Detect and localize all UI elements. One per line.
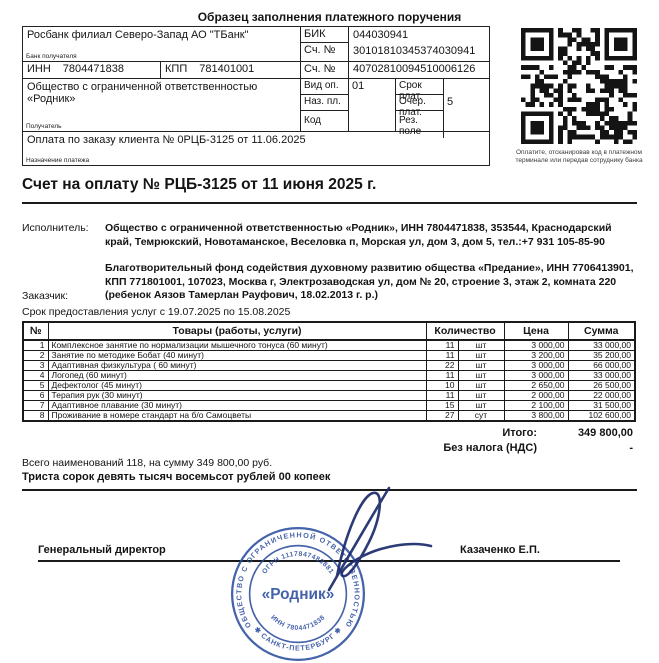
col-price: Цена [504,322,568,340]
customer-value: Благотворительный фонд содействия духовн… [105,262,640,303]
table-row: 4Логопед (60 минут)11шт3 000,0033 000,00 [23,371,635,381]
customer-label: Заказчик: [22,290,105,303]
svg-text:ИНН 7804471838: ИНН 7804471838 [269,614,327,632]
sample-section-title: Образец заполнения платежного поручения [0,10,659,24]
vid-op-label: Вид оп. [301,79,349,95]
kpp-value: 781401001 [199,63,254,75]
invoice-title: Счет на оплату № РЦБ-3125 от 11 июня 202… [22,176,376,194]
items-summary: Всего наименований 118, на сумму 349 800… [22,457,272,469]
col-name: Товары (работы, услуги) [48,322,426,340]
account-label: Сч. № [301,62,349,78]
vat-label: Без налога (НДС) [443,441,537,456]
service-period: Срок предоставления услуг с 19.07.2025 п… [22,306,290,318]
title-rule [22,202,637,204]
col-qty: Количество [426,322,504,340]
inn-cell: ИНН7804471838 [23,62,161,78]
customer-row: Заказчик: Благотворительный фонд содейст… [22,262,640,303]
table-row: 6Терапия рук (30 минут)11шт2 000,0022 00… [23,391,635,401]
services-header-row: № Товары (работы, услуги) Количество Цен… [23,322,635,340]
signature [285,480,460,598]
director-title: Генеральный директор [38,544,166,556]
bank-label: Банк получателя [26,53,77,60]
srok-plat-label: Срок плат. [396,79,444,95]
table-row: 3Адаптивная физкультура ( 60 минут)22шт3… [23,361,635,371]
table-row: 2Занятие по методике Бобат (40 минут)11ш… [23,351,635,361]
total-value: 349 800,00 [537,426,633,441]
table-row: 7Адаптивное плавание (30 минут)15шт2 100… [23,401,635,411]
bik-label: БИК [301,27,348,43]
table-row: 1Комплексное занятие по нормализации мыш… [23,340,635,351]
executor-row: Исполнитель: Общество с ограниченной отв… [22,222,640,249]
stamp-inn-text: ИНН 7804471838 [269,614,327,632]
services-table: № Товары (работы, услуги) Количество Цен… [22,321,636,422]
bank-name: Росбанк филиал Северо-Запад АО "ТБанк" [27,29,296,41]
kod-label: Код [301,111,349,131]
executor-label: Исполнитель: [22,222,105,249]
purpose-label: Назначение платежа [26,157,89,164]
inn-value: 7804471838 [63,63,124,75]
qr-block: Оплатите, отсканировав код в платежном т… [504,28,654,165]
bank-cell: Росбанк филиал Северо-Запад АО "ТБанк" Б… [23,27,301,61]
col-sum: Сумма [568,322,635,340]
table-row: 8Проживание в номере стандарт на б/о Сам… [23,411,635,422]
corr-account-value: 30101810345374030941 [353,44,485,60]
invoice-document: Образец заполнения платежного поручения … [0,0,659,663]
qr-code [520,28,638,144]
executor-value: Общество с ограниченной ответственностью… [105,222,640,249]
total-label: Итого: [502,426,537,441]
recipient-cell: Общество с ограниченной ответственностью… [23,79,301,131]
corr-account-label: Сч. № [301,43,348,57]
ocher-plat-label: Очер. плат. [396,95,444,111]
recipient-name: Общество с ограниченной ответственностью… [27,81,296,105]
vid-op-value: 01 [349,79,396,131]
col-num: № [23,322,48,340]
naz-pl-label: Наз. пл. [301,95,349,111]
purpose-text: Оплата по заказу клиента № 0РЦБ-3125 от … [27,134,485,146]
ocher-plat-value: 5 [444,79,489,131]
account-value: 40702810094510006126 [349,62,489,78]
vat-value: - [537,441,633,456]
kpp-cell: КПП781401001 [161,62,301,78]
qr-caption: Оплатите, отсканировав код в платежном т… [504,149,654,165]
bik-value: 044030941 [353,28,485,44]
recipient-label: Получатель [26,123,62,130]
director-name: Казаченко Е.П. [460,544,540,556]
purpose-cell: Оплата по заказу клиента № 0РЦБ-3125 от … [23,132,489,165]
totals-block: Итого: 349 800,00 Без налога (НДС) - [443,426,633,456]
payment-order-table: Росбанк филиал Северо-Запад АО "ТБанк" Б… [22,26,490,166]
table-row: 5Дефектолог (45 минут)10шт2 650,0026 500… [23,381,635,391]
